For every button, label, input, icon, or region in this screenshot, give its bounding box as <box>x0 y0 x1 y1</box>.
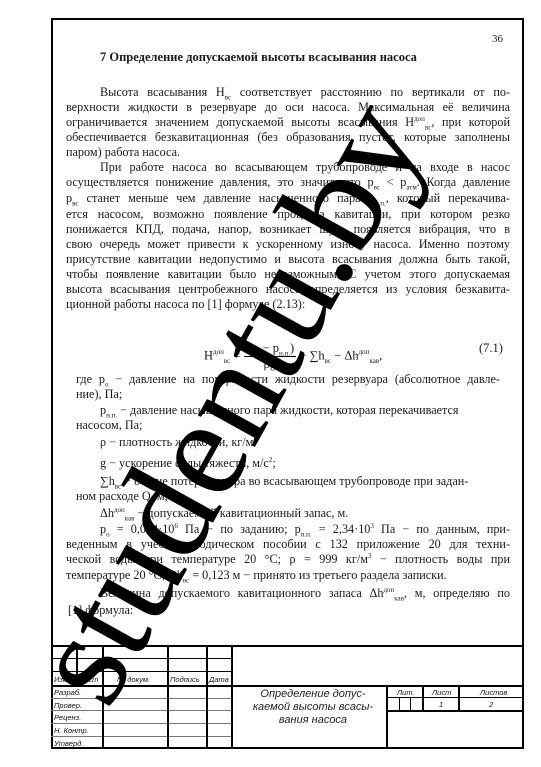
sheets-label: Листов <box>480 688 507 697</box>
value-line: ческой воды при температуре 20 °С; ρ = 9… <box>66 552 510 566</box>
grid-line <box>51 671 232 672</box>
paragraph-line: паром) работа насоса. <box>66 145 510 159</box>
grid-line <box>231 645 233 749</box>
header-list: Лист <box>79 675 98 684</box>
grid-line <box>410 697 411 711</box>
grid-line <box>51 736 232 737</box>
paragraph-line: свою очередь может привести к ускоренном… <box>66 237 510 251</box>
value-line: веденным в учебно-методическом пособии с… <box>66 537 510 551</box>
header-date: Дата <box>209 675 229 684</box>
grid-line <box>167 645 169 749</box>
paragraph-line: ционной работы насоса по [1] формуле (2.… <box>66 297 510 311</box>
definition-line: g − ускорение силы тяжести, м/с2; <box>100 456 541 470</box>
definition-line: ρ − плотность жидкости, кг/м3 <box>100 435 541 449</box>
document-title: Определение допус- каемой высоты всасы- … <box>238 688 388 727</box>
definition-line: pн.п. − давление насыщенного пара жидкос… <box>100 403 541 417</box>
role-approver: Утверд. <box>54 739 83 748</box>
role-developer: Разраб. <box>54 688 81 697</box>
definition-line: ние), Па; <box>76 387 520 401</box>
grid-line <box>399 697 400 711</box>
paragraph-line: осуществляется понижение давления, это з… <box>66 175 510 189</box>
definition-line: ном расходе Q, м; <box>76 489 520 503</box>
sheet-value: 1 <box>439 700 443 709</box>
grid-line <box>387 697 524 698</box>
paragraph-line: Величина допускаемого кавитационного зап… <box>100 586 510 600</box>
grid-line <box>458 686 460 711</box>
paragraph-line: pвс станет меньше чем давление насыщенно… <box>66 191 510 205</box>
section-heading: 7 Определение допускаемой высоты всасыва… <box>100 50 417 65</box>
paragraph-line: чтобы появление кавитации было невозможн… <box>66 267 510 281</box>
grid-line <box>51 658 232 659</box>
sheets-value: 2 <box>489 700 493 709</box>
paragraph-line: присутствие кавитации недопустимо и высо… <box>66 252 510 266</box>
equation-number: (7.1) <box>479 341 503 356</box>
role-reviewer: Реценз. <box>54 713 81 722</box>
definition-line: Δhдопкав − допускаемый кавитационный зап… <box>100 506 541 520</box>
paragraph-line: Высота всасывания Hвс соответствует расс… <box>100 85 510 99</box>
grid-line <box>51 723 232 724</box>
definition-line: где pо − давление на поверхности жидкост… <box>76 372 500 386</box>
definition-line: ∑hвс − общие потери напора во всасывающе… <box>100 474 541 488</box>
grid-line <box>422 686 424 711</box>
sheet-label: Лист <box>432 688 451 697</box>
paragraph-line: понижается КПД, подача, напор, возникает… <box>66 222 510 236</box>
grid-line <box>51 710 232 711</box>
header-signature: Подпись <box>170 675 200 684</box>
paragraph-line: обеспечивается безкавитационная (без обр… <box>66 130 510 144</box>
paragraph-line: При работе насоса во всасывающем трубопр… <box>100 160 510 174</box>
formula-7-1: Hдопвс = (pо − pн.п.)ρg − ∑hвс − Δhдопка… <box>204 341 382 372</box>
grid-line <box>51 698 232 699</box>
grid-line <box>387 710 524 712</box>
value-line: pо = 0,024·106 Па − по заданию; pн.п. = … <box>100 522 510 536</box>
grid-line <box>76 645 78 686</box>
grid-line <box>206 645 208 749</box>
paragraph-line: высота всасывания центробежного насоса о… <box>66 282 510 296</box>
grid-line <box>51 685 524 687</box>
paragraph-line: ется насосом, возможно появление процесс… <box>66 207 510 221</box>
header-izm: Изм. <box>54 675 70 684</box>
grid-line <box>102 645 104 749</box>
paragraph-line: ограничивается значением допускаемой выс… <box>66 115 510 129</box>
role-norm-control: Н. Контр. <box>54 726 89 735</box>
paragraph-line: верхности жидкости в резервуаре до оси н… <box>66 100 510 114</box>
lit-label: Лит. <box>397 688 415 697</box>
definition-line: насосом, Па; <box>76 418 520 432</box>
paragraph-line: [1] формула: <box>68 603 512 617</box>
role-checker: Провер. <box>54 701 82 710</box>
page-number: 36 <box>492 33 503 45</box>
value-line: температуре 20 °С; ∑hвс = 0,123 м − прин… <box>66 568 510 582</box>
header-doc-num: № докум. <box>117 675 150 684</box>
